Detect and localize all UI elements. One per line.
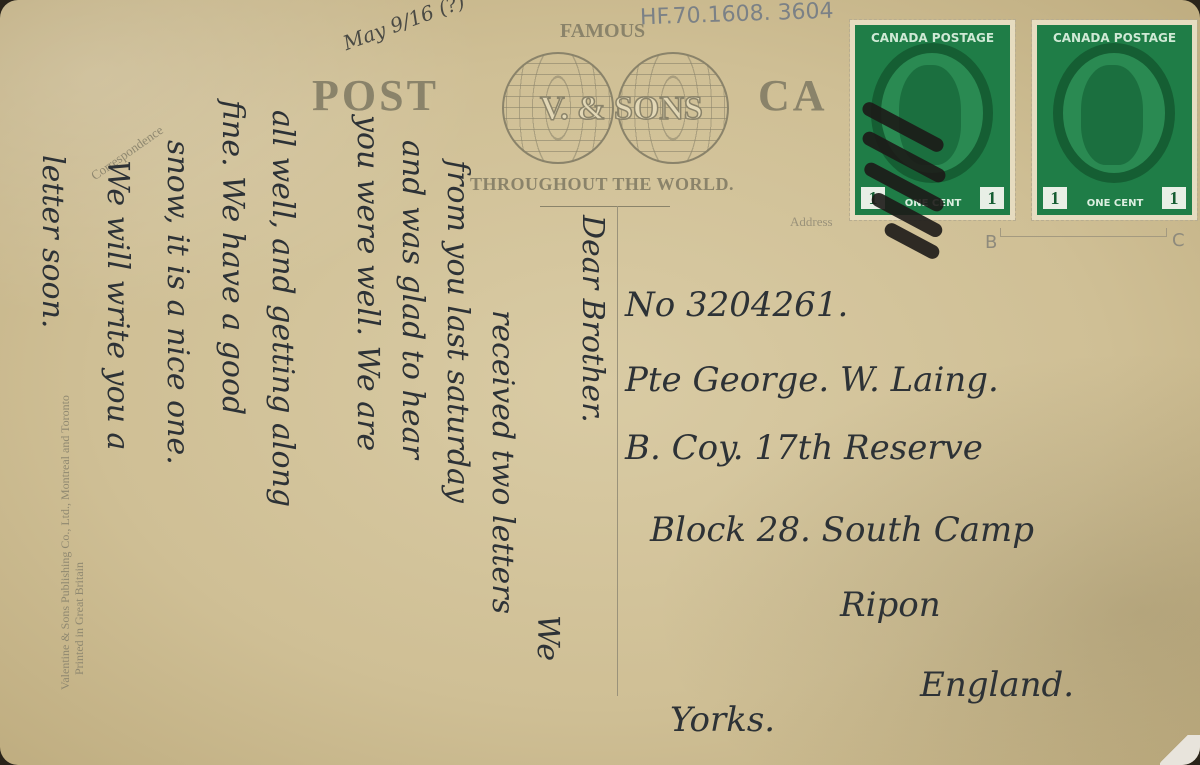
address-line: Pte George. W. Laing. [625, 360, 999, 400]
center-divider [617, 206, 618, 696]
pencil-mark-b: B [985, 232, 997, 253]
message-line: snow, it is a nice one. [160, 140, 195, 465]
stamp-value: 1 [1043, 187, 1067, 209]
message-line: We will write you a [100, 160, 135, 450]
address-line: B. Coy. 17th Reserve [625, 428, 983, 468]
message-line: received two letters [485, 310, 520, 614]
stamp-value: 1 [980, 187, 1004, 209]
king-portrait-icon [1081, 65, 1143, 165]
message-line: fine. We have a good [215, 100, 250, 415]
stamp: CANADA POSTAGE 1 ONE CENT 1 [1032, 20, 1197, 220]
pencil-mark-c: C [1172, 230, 1185, 251]
printed-card: CA [758, 70, 828, 121]
printed-post: POST [312, 70, 439, 121]
address-line: Ripon [840, 585, 941, 625]
printed-in-line: Printed in Great Britain [72, 562, 87, 675]
corner-wear [1160, 735, 1200, 765]
stamp-value: 1 [1162, 187, 1186, 209]
message-line: We [530, 615, 565, 661]
publisher-line: Valentine & Sons Publishing Co., Ltd., M… [58, 395, 73, 690]
cancellation-mark-icon [858, 110, 948, 260]
message-line: you were well. We are [350, 115, 385, 451]
postcard: FAMOUS POST CA V. & SONS THROUGHOUT THE … [0, 0, 1200, 765]
address-line: Yorks. [670, 700, 775, 740]
printed-tagline: THROUGHOUT THE WORLD. [470, 174, 734, 195]
stamp-text: CANADA POSTAGE [1037, 31, 1192, 45]
printed-famous: FAMOUS [560, 20, 645, 43]
address-line: Block 28. South Camp [650, 510, 1034, 550]
publisher-logo: V. & SONS [540, 90, 703, 128]
message-line: and was glad to hear [395, 140, 430, 459]
message-line: from you last saturday [440, 160, 475, 503]
address-label: Address [790, 214, 833, 230]
stamp-denomination: ONE CENT [1075, 198, 1155, 209]
pencil-date: May 9/16 (?) [340, 0, 468, 55]
message-line: Dear Brother. [575, 215, 610, 423]
message-line: letter soon. [35, 155, 70, 328]
address-line: England. [920, 665, 1074, 705]
message-line: all well, and getting along [265, 110, 300, 507]
stamp-box-outline [1000, 228, 1167, 237]
stamp-text: CANADA POSTAGE [855, 31, 1010, 45]
divider [540, 206, 670, 207]
address-line: No 3204261. [625, 285, 848, 325]
archive-number: HF.70.1608. 3604 [640, 0, 834, 30]
